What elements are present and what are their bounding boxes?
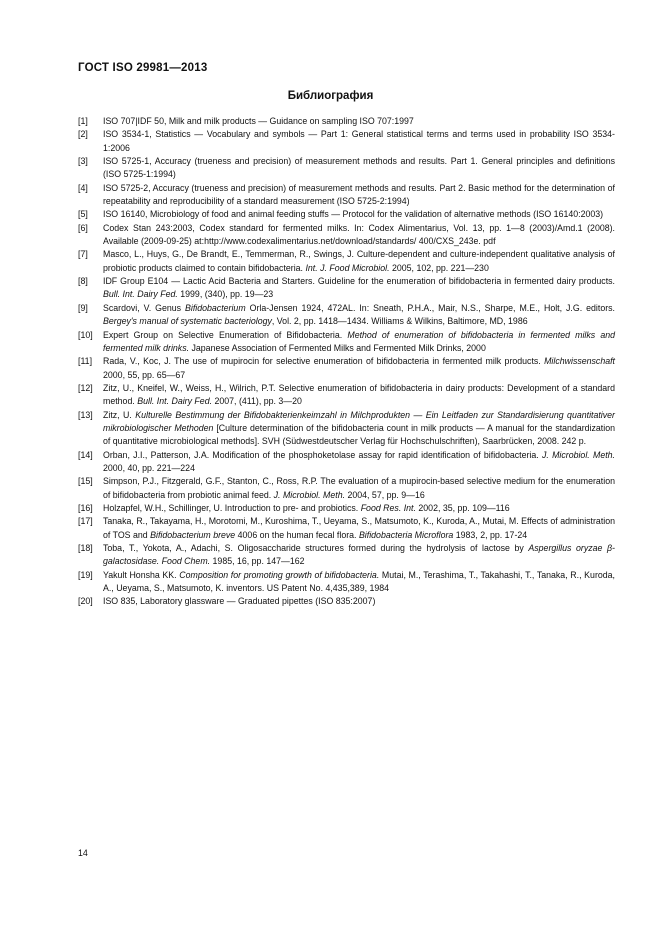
reference-number: [5]	[78, 208, 103, 221]
document-header: ГОСТ ISO 29981—2013	[78, 62, 207, 74]
reference-item: [13]Zitz, U. Kulturelle Bestimmung der B…	[78, 409, 615, 449]
reference-text: ISO 707|IDF 50, Milk and milk products —…	[103, 115, 615, 128]
reference-item: [3]ISO 5725-1, Accuracy (trueness and pr…	[78, 155, 615, 182]
reference-text: ISO 3534-1, Statistics — Vocabulary and …	[103, 128, 615, 155]
section-title: Библиография	[0, 90, 661, 102]
reference-text: Zitz, U. Kulturelle Bestimmung der Bifid…	[103, 409, 615, 449]
reference-item: [19]Yakult Honsha KK. Composition for pr…	[78, 569, 615, 596]
reference-number: [15]	[78, 475, 103, 488]
reference-item: [6]Codex Stan 243:2003, Codex standard f…	[78, 222, 615, 249]
reference-item: [10]Expert Group on Selective Enumeratio…	[78, 329, 615, 356]
reference-item: [12]Zitz, U., Kneifel, W., Weiss, H., Wi…	[78, 382, 615, 409]
reference-item: [18]Toba, T., Yokota, A., Adachi, S. Oli…	[78, 542, 615, 569]
reference-item: [9]Scardovi, V. Genus Bifidobacterium Or…	[78, 302, 615, 329]
reference-number: [3]	[78, 155, 103, 168]
reference-number: [7]	[78, 248, 103, 261]
reference-number: [13]	[78, 409, 103, 422]
reference-number: [11]	[78, 355, 103, 368]
reference-item: [14]Orban, J.I., Patterson, J.A. Modific…	[78, 449, 615, 476]
reference-number: [8]	[78, 275, 103, 288]
reference-text: ISO 835, Laboratory glassware — Graduate…	[103, 595, 615, 608]
reference-item: [8]IDF Group E104 — Lactic Acid Bacteria…	[78, 275, 615, 302]
reference-text: Simpson, P.J., Fitzgerald, G.F., Stanton…	[103, 475, 615, 502]
reference-item: [11]Rada, V., Koc, J. The use of mupiroc…	[78, 355, 615, 382]
reference-text: Zitz, U., Kneifel, W., Weiss, H., Wilric…	[103, 382, 615, 409]
reference-number: [10]	[78, 329, 103, 342]
reference-item: [20]ISO 835, Laboratory glassware — Grad…	[78, 595, 615, 608]
reference-text: ISO 16140, Microbiology of food and anim…	[103, 208, 615, 221]
reference-text: Scardovi, V. Genus Bifidobacterium Orla-…	[103, 302, 615, 329]
reference-item: [4]ISO 5725-2, Accuracy (trueness and pr…	[78, 182, 615, 209]
reference-number: [1]	[78, 115, 103, 128]
reference-text: Masco, L., Huys, G., De Brandt, E., Temm…	[103, 248, 615, 275]
reference-text: Holzapfel, W.H., Schillinger, U. Introdu…	[103, 502, 615, 515]
reference-item: [17]Tanaka, R., Takayama, H., Morotomi, …	[78, 515, 615, 542]
reference-text: Tanaka, R., Takayama, H., Morotomi, M., …	[103, 515, 615, 542]
reference-item: [16]Holzapfel, W.H., Schillinger, U. Int…	[78, 502, 615, 515]
reference-number: [4]	[78, 182, 103, 195]
reference-number: [18]	[78, 542, 103, 555]
reference-number: [12]	[78, 382, 103, 395]
reference-item: [5]ISO 16140, Microbiology of food and a…	[78, 208, 615, 221]
reference-number: [9]	[78, 302, 103, 315]
reference-item: [2]ISO 3534-1, Statistics — Vocabulary a…	[78, 128, 615, 155]
reference-text: Yakult Honsha KK. Composition for promot…	[103, 569, 615, 596]
reference-text: Orban, J.I., Patterson, J.A. Modificatio…	[103, 449, 615, 476]
reference-text: Rada, V., Koc, J. The use of mupirocin f…	[103, 355, 615, 382]
reference-text: IDF Group E104 — Lactic Acid Bacteria an…	[103, 275, 615, 302]
reference-text: Expert Group on Selective Enumeration of…	[103, 329, 615, 356]
reference-number: [2]	[78, 128, 103, 141]
page-number: 14	[78, 848, 88, 858]
reference-item: [1]ISO 707|IDF 50, Milk and milk product…	[78, 115, 615, 128]
reference-text: ISO 5725-1, Accuracy (trueness and preci…	[103, 155, 615, 182]
document-page: ГОСТ ISO 29981—2013 Библиография [1]ISO …	[0, 0, 661, 936]
reference-number: [20]	[78, 595, 103, 608]
bibliography-list: [1]ISO 707|IDF 50, Milk and milk product…	[78, 115, 615, 609]
reference-text: Toba, T., Yokota, A., Adachi, S. Oligosa…	[103, 542, 615, 569]
reference-number: [19]	[78, 569, 103, 582]
reference-number: [16]	[78, 502, 103, 515]
reference-text: Codex Stan 243:2003, Codex standard for …	[103, 222, 615, 249]
reference-number: [14]	[78, 449, 103, 462]
reference-item: [15]Simpson, P.J., Fitzgerald, G.F., Sta…	[78, 475, 615, 502]
reference-item: [7]Masco, L., Huys, G., De Brandt, E., T…	[78, 248, 615, 275]
reference-text: ISO 5725-2, Accuracy (trueness and preci…	[103, 182, 615, 209]
reference-number: [6]	[78, 222, 103, 235]
reference-number: [17]	[78, 515, 103, 528]
